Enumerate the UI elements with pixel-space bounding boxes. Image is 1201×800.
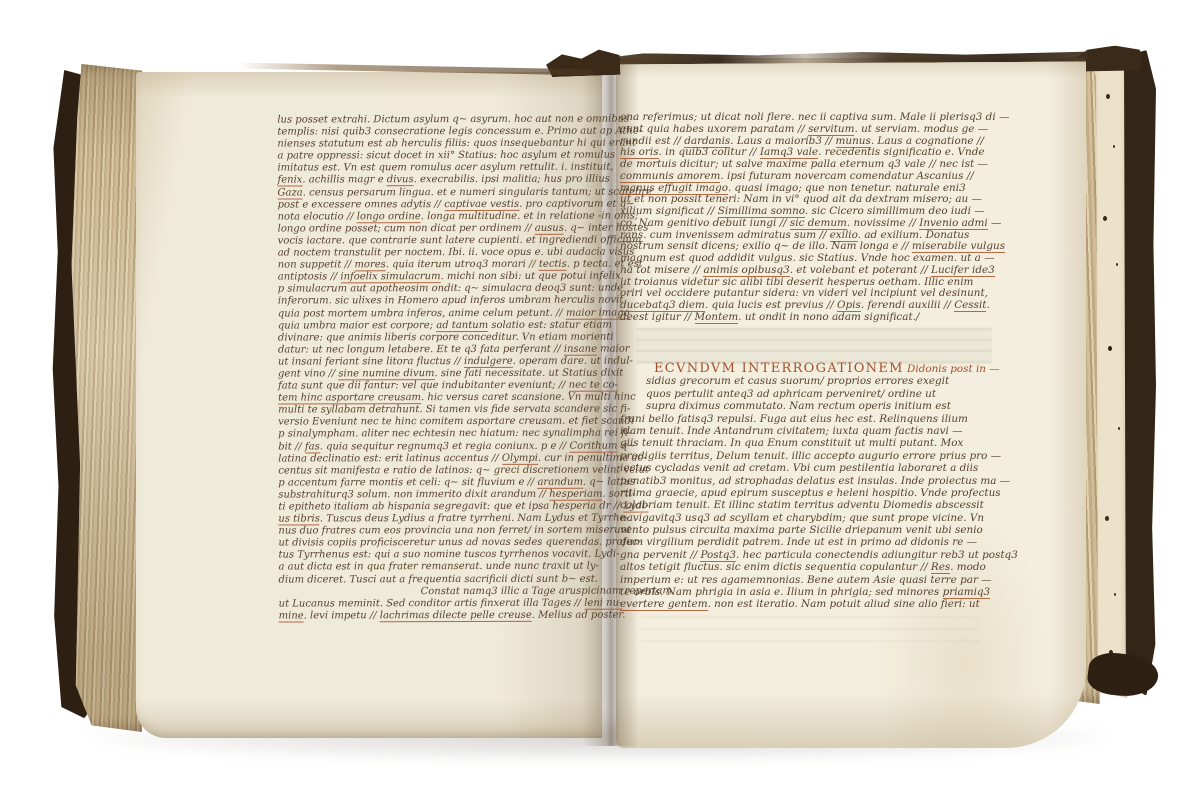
manuscript-line: lus posset extrahi. Dictum asylum q~ asy… <box>277 113 670 126</box>
manuscript-text: ut et non possit teneri: Nam in vi° quod… <box>620 193 982 205</box>
manuscript-line: ut insani feriant sine litora fluctus //… <box>278 355 671 368</box>
manuscript-line: post e excessere omnes adytis // captiva… <box>278 198 671 211</box>
manuscript-text: . hic versus caret scansione. Vn multi h… <box>421 392 636 404</box>
manuscript-text: . cum invenissem admiratus sum // <box>643 229 829 241</box>
underlined-lemma: communis amorem <box>620 170 720 183</box>
manuscript-line: vocis iactare. que contrarie sunt latere… <box>278 234 671 247</box>
manuscript-line: supra diximus commutato. Nam rectum oper… <box>646 400 1018 412</box>
manuscript-text: rundii est // <box>620 135 684 147</box>
underlined-lemma: indulgere <box>464 356 513 368</box>
manuscript-line: nus duo fratres cum eos provincia una no… <box>278 525 671 538</box>
manuscript-line: dum virgilium perdidit patrem. Inde ut e… <box>620 536 1018 548</box>
manuscript-text: . operam dare. ut indul- <box>513 355 633 366</box>
manuscript-text: post e excessere omnes adytis // <box>278 199 445 210</box>
manuscript-text: idam tenuit. Inde Antandrum civitatem; i… <box>620 425 962 437</box>
manuscript-text: nota elocutio // <box>278 211 357 222</box>
manuscript-line: deest igitur // Montem. ut ondit in nono… <box>620 312 1009 324</box>
manuscript-text: tus Tyrrhenus est: qui a suo nomine tusc… <box>278 549 619 561</box>
underlined-lemma: Montem <box>695 311 739 324</box>
manuscript-line: antiptosis // infoelix simulacrum. michi… <box>278 271 671 284</box>
manuscript-line: multi te syllabam detrahunt. Si tamen vi… <box>278 404 671 417</box>
manuscript-text: . in quib3 colitur // <box>659 146 760 158</box>
manuscript-line: fenix. achillis magr e divus. execrabili… <box>277 174 670 187</box>
manuscript-text: multi te syllabam detrahunt. Si tamen vi… <box>278 404 630 416</box>
manuscript-line: sidias grecorum et casus suorum/ proprio… <box>646 375 1018 387</box>
manuscript-text: bit // <box>278 441 305 452</box>
underlined-lemma: Gaza <box>278 187 303 199</box>
manuscript-text: a aut dicta est in qua frater remanserat… <box>279 561 599 573</box>
manuscript-text: non suppetit // <box>278 259 355 270</box>
manuscript-line: versio Eveniunt nec te hinc comitem aspo… <box>278 416 671 429</box>
manuscript-text: p sinalympham. aliter nec echtesin nec h… <box>278 428 631 440</box>
manuscript-line: templis: nisi quib3 consecratione legis … <box>277 126 670 139</box>
manuscript-text: supra diximus commutato. Nam rectum oper… <box>646 400 951 412</box>
manuscript-text: de mortuis dicitur; ut salve maxime pall… <box>620 158 988 170</box>
manuscript-text: lus posset extrahi. Dictum asylum q~ asy… <box>277 114 629 126</box>
manuscript-text: . novissime // <box>847 217 919 229</box>
manuscript-text: ut divisis copiis proficisceretur unus a… <box>278 537 641 549</box>
manuscript-text: . ipsi futuram novercam comendatur Ascan… <box>720 170 973 182</box>
manuscript-text: maior <box>597 343 630 354</box>
manuscript-text: dum virgilium perdidit patrem. Inde ut e… <box>620 536 977 548</box>
underlined-lemma: arandum <box>537 477 583 489</box>
underlined-lemma: divus <box>387 175 414 187</box>
manuscript-text: xilium significat // <box>620 205 718 217</box>
manuscript-line: nota elocutio // longo ordine. longa mul… <box>278 210 671 223</box>
manuscript-line: evertere gentem. non est iteratio. Nam p… <box>620 598 1018 610</box>
manuscript-line: navigavitq3 usq3 ad scyllam et charybdim… <box>620 512 1018 524</box>
wormholes <box>1106 94 1110 99</box>
manuscript-text: . sine fati necessitate. ut Statius dixi… <box>435 368 624 379</box>
manuscript-text: . levi impetu // <box>304 610 380 621</box>
manuscript-text: giis tenuit thraciam. In qua Enum consti… <box>620 437 963 449</box>
manuscript-line: us tibris. Tuscus deus Lydius a fratre t… <box>278 513 671 526</box>
manuscript-line: prodigiis territus, Delum tenuit. illic … <box>620 450 1018 462</box>
manuscript-line: gna pervenit // Postq3. hec particula co… <box>620 549 1018 561</box>
manuscript-line: ut Lucanus meminit. Sed conditor artis f… <box>279 597 672 610</box>
manuscript-text: longo ordine posset; cum non dicat per o… <box>278 223 535 235</box>
manuscript-text: penatib3 monitus, ad strophadas delatus … <box>620 475 1010 487</box>
manuscript-text: . longa multitudine. et in relatione -in… <box>421 210 638 222</box>
manuscript-text: solatio est: statur etiam <box>488 319 612 330</box>
manuscript-text: . Tuscus deus Lydius a fratre tyrrheni. … <box>320 513 629 525</box>
underlined-lemma: ausus <box>535 223 564 235</box>
manuscript-line: latina declinatio est: erit latinus acce… <box>278 452 671 465</box>
manuscript-text: oriri vel occidere putantur sidera: vn v… <box>620 287 988 299</box>
manuscript-text: centus sit manifesta e ratio de latinos:… <box>278 464 649 476</box>
manuscript-text: ut Lucanus meminit. Sed conditor artis f… <box>279 597 585 609</box>
manuscript-text: magnum est quod addidit vulgus. sic Stat… <box>620 252 995 264</box>
manuscript-line: frani bello fatisq3 repulsi. Fuga aut ei… <box>620 413 1018 425</box>
manuscript-text: calabriam tenuit. Et illinc statim terri… <box>620 499 984 511</box>
manuscript-line: ti epitheto italiam ab hispania segregav… <box>278 500 671 513</box>
manuscript-text: a patre oppressi: sicut docet in xii° St… <box>277 150 615 162</box>
manuscript-text: p simulacrum aut apotheosim ondit: q~ si… <box>278 283 623 295</box>
manuscript-line: tem hinc asportare creusam. hic versus c… <box>278 392 671 405</box>
underlined-lemma: infoelix simulacrum <box>340 271 440 283</box>
manuscript-line: idam tenuit. Inde Antandrum civitatem; i… <box>620 425 1018 437</box>
rubric-heading: ECVNDVM INTERROGATIONEM <box>654 361 904 376</box>
manuscript-text: . ad exilium. Donatus <box>858 229 970 241</box>
underlined-lemma: Res <box>931 561 950 574</box>
right-page-text-section: ECVNDVM INTERROGATIONEM Didonis post in … <box>620 363 1018 611</box>
manuscript-line: non suppetit // mores. quia iterum utroq… <box>278 259 671 272</box>
manuscript-line: penatib3 monitus, ad strophadas delatus … <box>620 475 1018 487</box>
manuscript-line: Gaza. census persarum lingua. et e numer… <box>278 186 671 199</box>
manuscript-text: quia post mortem umbra inferos, anime ce… <box>278 307 566 319</box>
manuscript-line: bit // fas. quia sequitur regnumq3 et re… <box>278 440 671 453</box>
manuscript-line: nienses statutum est ab herculis filiis:… <box>277 138 670 151</box>
manuscript-line: substrahiturq3 solum. non immerito dixit… <box>278 488 671 501</box>
manuscript-text: templis: nisi quib3 consecratione legis … <box>277 126 642 138</box>
manuscript-line: p simulacrum aut apotheosim ondit: q~ si… <box>278 283 671 296</box>
manuscript-line: vento pulsus circuita maxima parte Sicil… <box>620 524 1018 536</box>
manuscript-text: dium diceret. Tusci aut a frequentia sac… <box>279 573 598 585</box>
manuscript-text: prodigiis territus, Delum tenuit. illic … <box>620 450 1001 462</box>
manuscript-line: p sinalympham. aliter nec echtesin nec h… <box>278 428 671 441</box>
manuscript-text: . michi non sibi: ut que potui infelix. <box>441 271 624 282</box>
manuscript-text: . ferendi auxilii // <box>861 299 954 311</box>
manuscript-text: . ut serviam. modus ge — <box>854 123 988 135</box>
underlined-lemma: Postq3 <box>700 549 736 562</box>
manuscript-text: nostrum sensit dicens; exilio q~ de illo… <box>620 240 912 252</box>
underlined-lemma: sine numine divum <box>338 368 434 380</box>
manuscript-line: datur: ut nec longum letabere. Et te q3 … <box>278 343 671 356</box>
manuscript-text: gna pervenit // <box>620 549 700 561</box>
underlined-lemma: lachrimas dilecte pelle creuse <box>380 610 532 622</box>
manuscript-text: . quasi imago; que non tenetur. naturale… <box>728 182 966 194</box>
underlined-lemma: mine <box>279 610 304 622</box>
manuscript-line: te orbis. Nam phrigia in asia e. Ilium i… <box>620 586 1018 598</box>
manuscript-text: — <box>988 217 1002 229</box>
manuscript-text: p accentum farre montis et celi: q~ sit … <box>278 477 537 489</box>
manuscript-text: . <box>986 299 989 311</box>
manuscript-text: vocis iactare. que contrarie sunt latere… <box>278 235 642 247</box>
underlined-lemma: insane <box>564 343 597 355</box>
underlined-lemma: Cessit <box>954 299 986 312</box>
manuscript-text: substrahiturq3 solum. non immerito dixit… <box>278 489 549 501</box>
manuscript-text: quos pertulit anteq3 ad aphricam perveni… <box>646 388 936 400</box>
manuscript-photo: lus posset extrahi. Dictum asylum q~ asy… <box>0 0 1201 800</box>
manuscript-line: longo ordine posset; cum non dicat per o… <box>278 222 671 235</box>
manuscript-text: . et volebant et poterant // <box>790 264 931 276</box>
manuscript-line: fata sunt que dii fantur: vel que indubi… <box>278 380 671 393</box>
underlined-lemma: fas <box>305 441 320 453</box>
underlined-lemma: tectis <box>539 259 567 271</box>
manuscript-text: . execrabilis. ipsi malitia; hus pro ill… <box>414 174 610 186</box>
manuscript-text: co. Nam genitivo debuit iungi // <box>620 217 790 229</box>
manuscript-text: datur: ut nec longum letabere. Et te q3 … <box>278 344 564 356</box>
manuscript-line: quos pertulit anteq3 ad aphricam perveni… <box>646 388 1018 400</box>
manuscript-line: tus Tyrrhenus est: qui a suo nomine tusc… <box>278 549 671 562</box>
manuscript-text: sidias grecorum et casus suorum/ proprio… <box>646 375 949 387</box>
manuscript-text: nienses statutum est ab herculis filiis:… <box>277 138 636 150</box>
underlined-lemma: Olympi <box>502 452 538 464</box>
manuscript-line: divinare: que animis liberis corpore con… <box>278 331 671 344</box>
underlined-lemma: leni nu- <box>584 597 622 609</box>
manuscript-text: gent vino // <box>278 368 338 379</box>
manuscript-text: na tot misere // <box>620 264 703 276</box>
manuscript-text: . Melius ad poster. <box>532 609 626 620</box>
manuscript-line: giis tenuit thraciam. In qua Enum consti… <box>620 437 1018 449</box>
manuscript-text: . modo <box>950 561 986 573</box>
manuscript-text: . quia sequitur regnumq3 et regia coniun… <box>320 440 570 452</box>
manuscript-text: . quia iterum utroq3 morari // <box>386 259 539 270</box>
manuscript-text: fata sunt que dii fantur: vel que indubi… <box>278 380 569 392</box>
manuscript-line: calabriam tenuit. Et illinc statim terri… <box>620 499 1018 511</box>
manuscript-text: quia umbra maior est corpore; <box>278 320 436 331</box>
right-page-text-upper: ona referimus; ut dicat noli flere. nec … <box>620 112 1009 324</box>
underlined-lemma: tem hinc asportare creusam <box>278 392 421 404</box>
manuscript-text: imitatus est. Vn est quem romulus acer a… <box>277 162 613 174</box>
underlined-lemma: priamiq3 <box>943 586 991 599</box>
manuscript-text: versio Eveniunt nec te hinc comitem aspo… <box>278 416 634 428</box>
underlined-lemma: us tibris <box>278 513 320 525</box>
right-cover-leather <box>1124 50 1156 696</box>
underlined-lemma: nec te co- <box>569 380 618 392</box>
manuscript-text: navigavitq3 usq3 ad scyllam et charybdim… <box>620 512 984 524</box>
manuscript-text: . Laus a cognatione // <box>871 135 984 147</box>
underlined-lemma: ad tantum <box>436 320 488 332</box>
manuscript-text: vento pulsus circuita maxima parte Sicil… <box>620 524 983 536</box>
manuscript-text: . achillis magr e <box>302 175 386 186</box>
manuscript-line: quia post mortem umbra inferos, anime ce… <box>278 307 671 320</box>
manuscript-text: ad noctem transtulit per noctem. Ibi. ii… <box>278 247 635 259</box>
manuscript-line: imperium e: ut res agamemnonias. Bene au… <box>620 574 1018 586</box>
manuscript-text: ut insani feriant sine litora fluctus // <box>278 356 464 367</box>
manuscript-text: iectus cycladas venit ad cretam. Vbi cum… <box>620 462 978 474</box>
manuscript-text: nus duo fratres cum eos provincia una no… <box>278 525 631 537</box>
manuscript-text: te orbis. Nam phrigia in asia e. Ilium i… <box>620 586 943 598</box>
manuscript-text: . Laus a maiorib3 // <box>730 135 835 147</box>
underlined-lemma: captivae vestis <box>444 199 519 211</box>
manuscript-line: imitatus est. Vn est quem romulus acer a… <box>277 162 670 175</box>
underlined-lemma: mores <box>354 259 385 271</box>
manuscript-text: . ut ondit in nono adam significat./ <box>738 311 919 323</box>
underlined-lemma: hesperiam <box>549 489 602 501</box>
manuscript-line: altos tetigit fluctus. sic enim dictis s… <box>620 561 1018 573</box>
manuscript-text: cunt quia habes uxorem paratam // <box>620 123 808 135</box>
manuscript-text: . sic Cicero simillimum deo iudi — <box>805 205 985 217</box>
manuscript-text: . recedentis significatio e. Vnde <box>818 146 984 158</box>
section-heading: ECVNDVM INTERROGATIONEM Didonis post in … <box>654 363 1018 375</box>
manuscript-line: iectus cycladas venit ad cretam. Vbi cum… <box>620 462 1018 474</box>
manuscript-text: . quia lucis est previus // <box>705 299 837 311</box>
manuscript-line: quia umbra maior est corpore; ad tantum … <box>278 319 671 332</box>
rubric-heading-continuation: Didonis post in — <box>904 363 1000 375</box>
left-fore-edge <box>70 64 142 732</box>
underlined-lemma: evertere gentem <box>620 598 708 611</box>
manuscript-line: ad noctem transtulit per noctem. Ibi. ii… <box>278 247 671 260</box>
manuscript-line: p accentum farre montis et celi: q~ sit … <box>278 476 671 489</box>
manuscript-text: altos tetigit fluctus. sic enim dictis s… <box>620 561 931 573</box>
manuscript-line: centus sit manifesta e ratio de latinos:… <box>278 464 671 477</box>
manuscript-text: ti epitheto italiam ab hispania segregav… <box>278 501 623 513</box>
manuscript-text: . pro captivorum et q~ <box>519 198 634 209</box>
manuscript-line: dium diceret. Tusci aut a frequentia sac… <box>279 573 672 586</box>
manuscript-line: ut divisis copiis proficisceretur unus a… <box>278 537 671 550</box>
manuscript-text: frani bello fatisq3 repulsi. Fuga aut ei… <box>620 413 968 425</box>
manuscript-text: deest igitur // <box>620 311 695 323</box>
manuscript-text: . census persarum lingua. et e numeri si… <box>303 186 652 198</box>
manuscript-text: antiptosis // <box>278 272 341 283</box>
manuscript-text: ut troianus videtur sic alibi tibi deser… <box>620 276 973 288</box>
manuscript-text: . hec particula conectendis adiungitur r… <box>736 549 1018 561</box>
manuscript-text: ritima graecie, apud epirum susceptus e … <box>620 487 1001 499</box>
manuscript-text: inferorum. sic ulixes in Homero apud inf… <box>278 295 624 307</box>
manuscript-text: imperium e: ut res agamemnonias. Bene au… <box>620 574 992 586</box>
left-page-text: lus posset extrahi. Dictum asylum q~ asy… <box>277 113 672 622</box>
manuscript-line: a patre oppressi: sicut docet in xii° St… <box>277 150 670 163</box>
manuscript-line: ritima graecie, apud epirum susceptus e … <box>620 487 1018 499</box>
manuscript-line: a aut dicta est in qua frater remanserat… <box>279 561 672 574</box>
manuscript-text: ona referimus; ut dicat noli flere. nec … <box>620 111 1009 123</box>
manuscript-text: . non est iteratio. Nam potuit aliud sin… <box>708 598 980 610</box>
manuscript-text: latina declinatio est: erit latinus acce… <box>278 453 502 465</box>
manuscript-text: divinare: que animis liberis corpore con… <box>278 331 614 343</box>
underlined-lemma: fenix <box>277 175 302 187</box>
manuscript-line: mine. levi impetu // lachrimas dilecte p… <box>279 609 672 622</box>
manuscript-line: inferorum. sic ulixes in Homero apud inf… <box>278 295 671 308</box>
underlined-lemma: Corithum <box>569 440 617 452</box>
manuscript-line: gent vino // sine numine divum. sine fat… <box>278 367 671 380</box>
underlined-lemma: longo ordine <box>357 211 421 223</box>
